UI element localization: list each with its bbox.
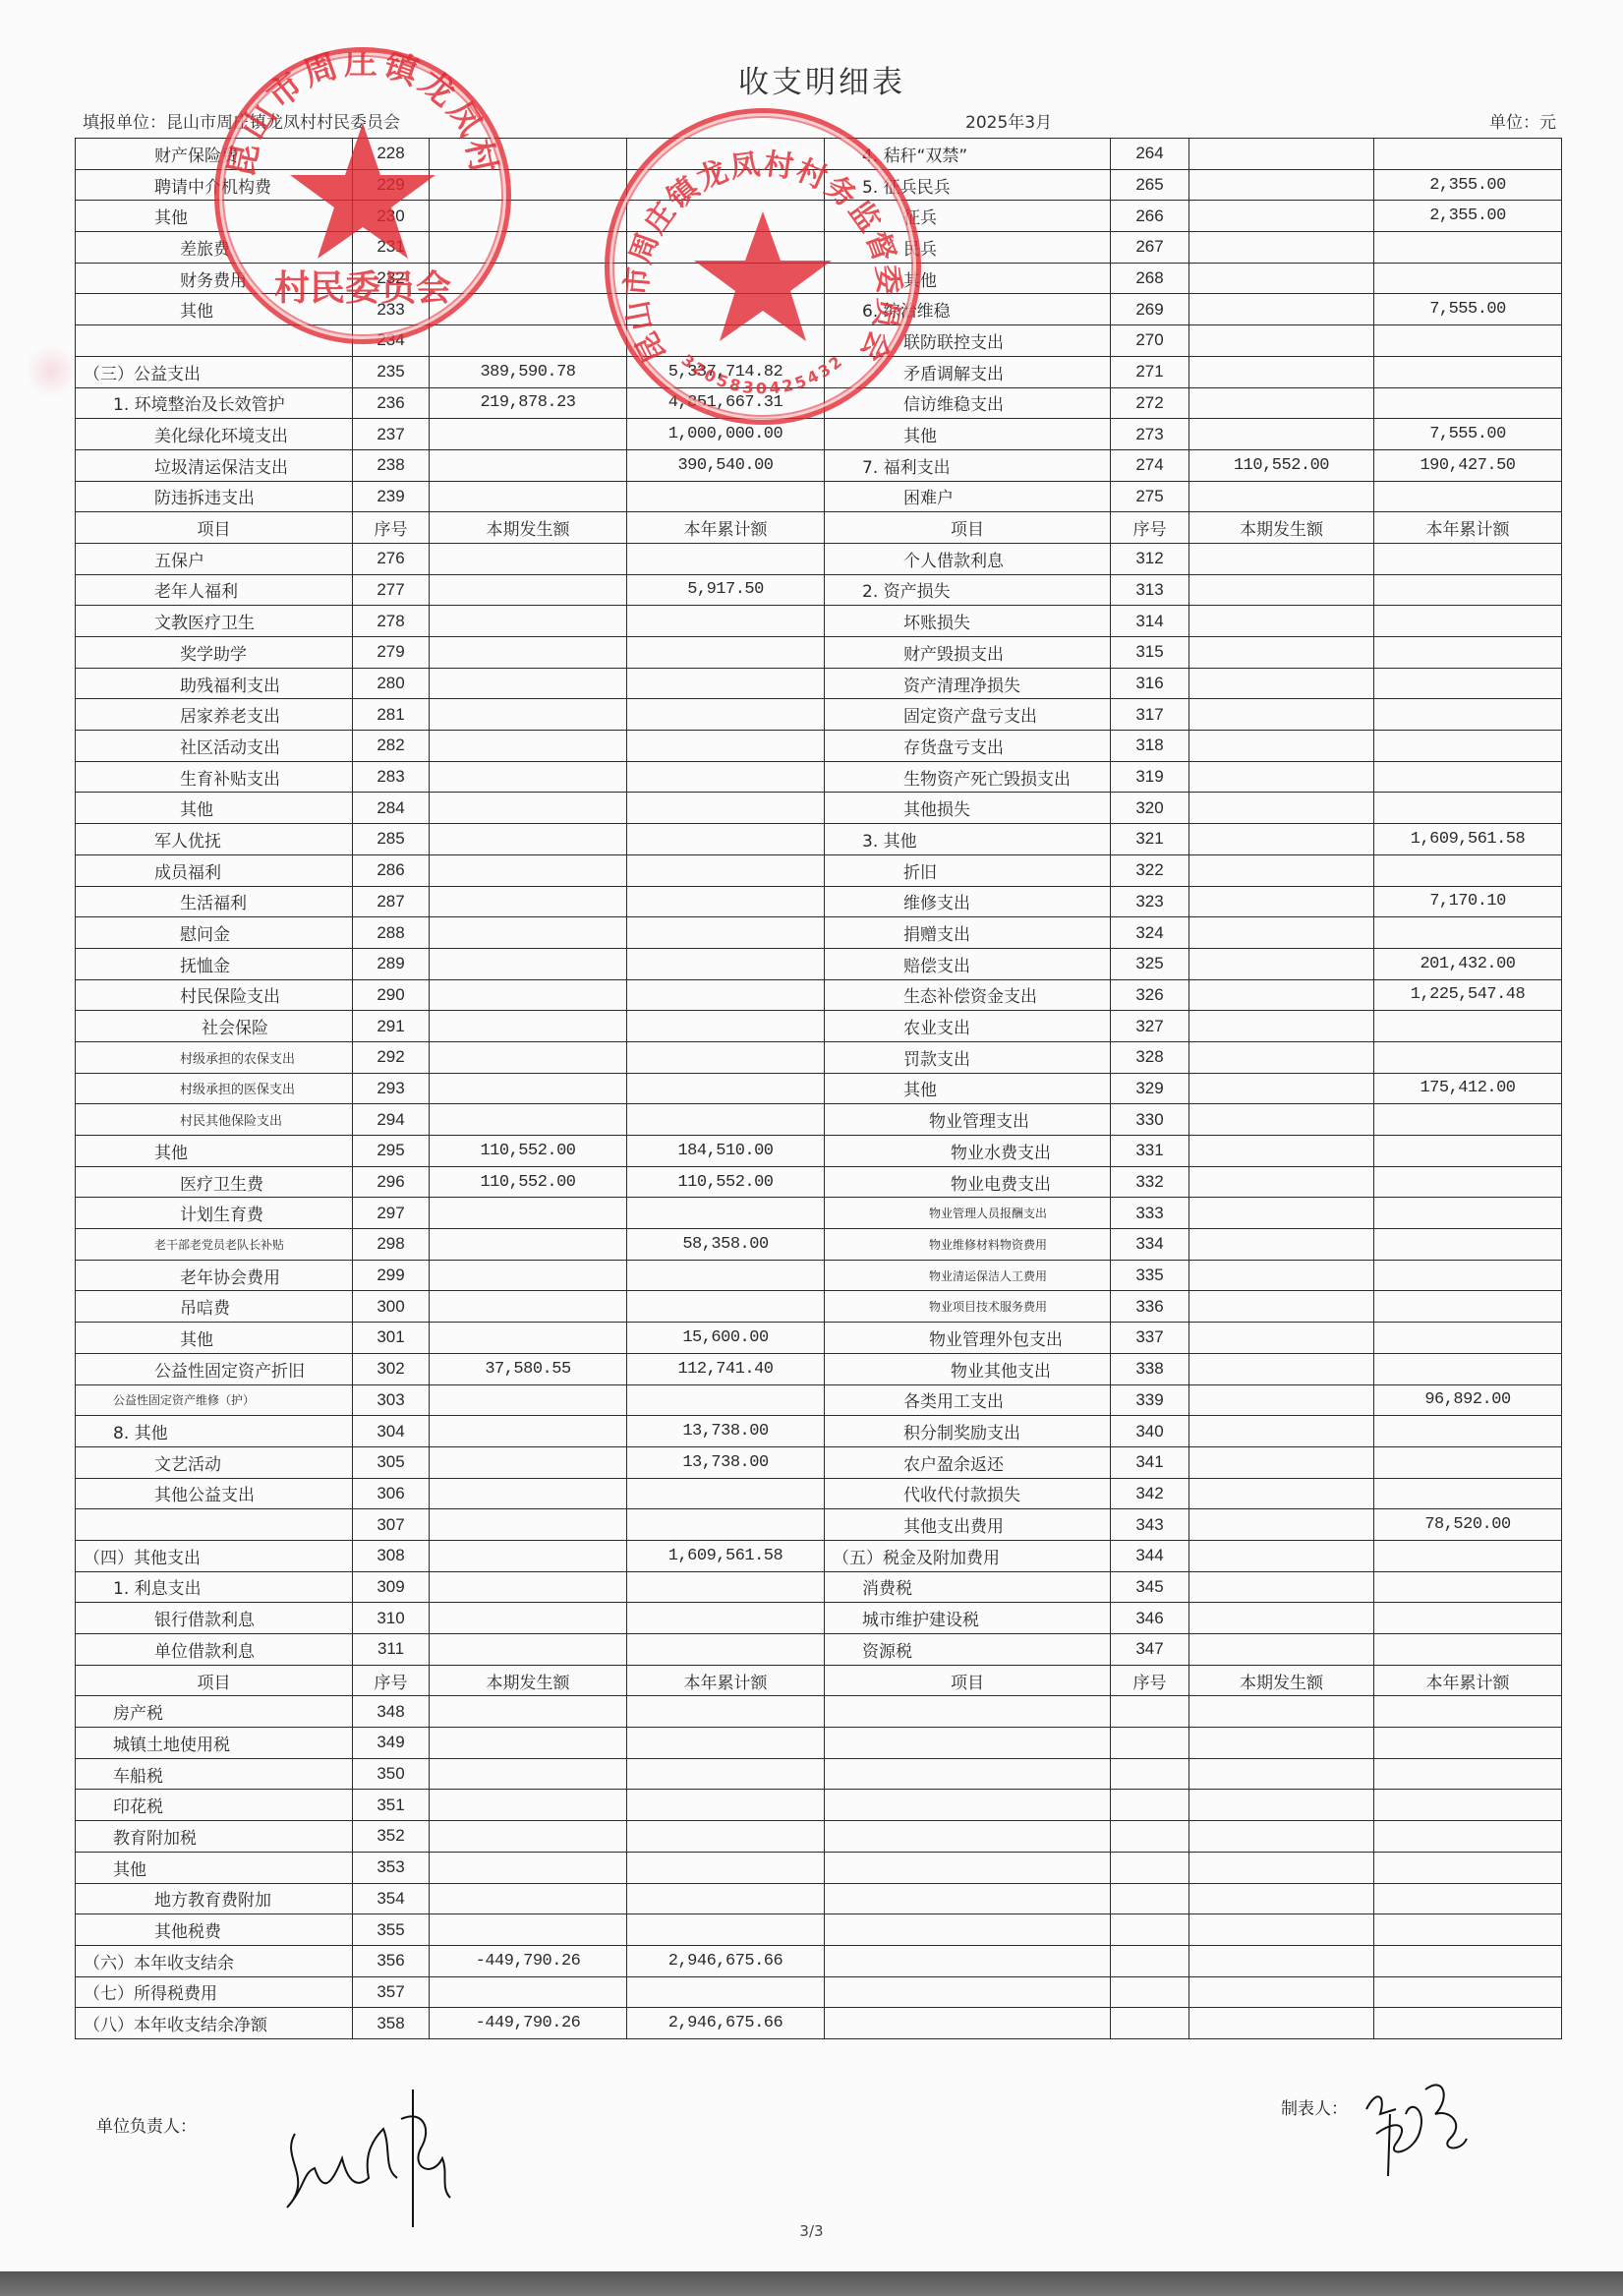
sequence-number: 278: [353, 606, 430, 637]
year-to-date-amount: [627, 1384, 825, 1416]
sequence-number: 307: [353, 1509, 430, 1541]
item-name: [825, 1728, 1111, 1759]
year-to-date-amount: [1374, 761, 1562, 793]
sequence-number: 318: [1111, 731, 1189, 762]
sequence-number: 228: [353, 139, 430, 170]
item-name: 社会保险: [76, 1011, 353, 1042]
table-row: 地方教育费附加354: [76, 1883, 1562, 1914]
sequence-number: 297: [353, 1198, 430, 1229]
year-to-date-amount: [1374, 543, 1562, 574]
item-name: 老年协会费用: [76, 1260, 353, 1291]
sequence-number: 231: [353, 232, 430, 264]
table-row: 防违拆违支出239困难户275: [76, 481, 1562, 512]
item-name: 财务费用: [76, 263, 353, 294]
table-row: 计划生育费297物业管理人员报酬支出333: [76, 1198, 1562, 1229]
column-header-year-to-date: 本年累计额: [627, 1665, 825, 1696]
year-to-date-amount: [1374, 731, 1562, 762]
sequence-number: 346: [1111, 1603, 1189, 1634]
sequence-number: 350: [353, 1758, 430, 1790]
sequence-number: 271: [1111, 356, 1189, 387]
table-row: 其他295110,552.00184,510.00物业水费支出331: [76, 1136, 1562, 1167]
page-number: 3/3: [0, 2222, 1623, 2240]
item-name: 其他: [76, 1323, 353, 1354]
table-row: 村民其他保险支出294物业管理支出330: [76, 1104, 1562, 1136]
sequence-number: 269: [1111, 294, 1189, 325]
year-to-date-amount: [627, 1291, 825, 1323]
sequence-number: 312: [1111, 543, 1189, 574]
current-period-amount: [1189, 1384, 1374, 1416]
year-to-date-amount: 7,555.00: [1374, 294, 1562, 325]
current-period-amount: [1189, 1041, 1374, 1073]
current-period-amount: [430, 854, 627, 886]
table-row: 村级承担的农保支出292罚款支出328: [76, 1041, 1562, 1073]
item-name: 坏账损失: [825, 606, 1111, 637]
item-name: 聘请中介机构费: [76, 169, 353, 201]
sequence-number: 281: [353, 699, 430, 731]
sequence-number: 283: [353, 761, 430, 793]
current-period-amount: [1189, 1509, 1374, 1541]
year-to-date-amount: [627, 824, 825, 855]
year-to-date-amount: [627, 731, 825, 762]
current-period-amount: [1189, 1540, 1374, 1571]
sequence-number: 311: [353, 1634, 430, 1666]
year-to-date-amount: 175,412.00: [1374, 1073, 1562, 1104]
current-period-amount: 219,878.23: [430, 387, 627, 419]
current-period-amount: [1189, 1291, 1374, 1323]
table-header-row: 项目序号本期发生额本年累计额项目序号本期发生额本年累计额: [76, 512, 1562, 544]
current-period-amount: [1189, 1229, 1374, 1261]
item-name: 6. 综治维稳: [825, 294, 1111, 325]
current-period-amount: [1189, 1696, 1374, 1728]
sequence-number: [1111, 1821, 1189, 1853]
item-name: [825, 1914, 1111, 1946]
year-to-date-amount: 78,520.00: [1374, 1509, 1562, 1541]
column-header-seq: 序号: [353, 1665, 430, 1696]
current-period-amount: [430, 574, 627, 606]
current-period-amount: [1189, 979, 1374, 1011]
year-to-date-amount: [1374, 1353, 1562, 1384]
sequence-number: 302: [353, 1353, 430, 1384]
year-to-date-amount: [627, 1509, 825, 1541]
table-row: 银行借款利息310城市维护建设税346: [76, 1603, 1562, 1634]
year-to-date-amount: [1374, 917, 1562, 949]
year-to-date-amount: 96,892.00: [1374, 1384, 1562, 1416]
item-name: （四）其他支出: [76, 1540, 353, 1571]
sequence-number: 235: [353, 356, 430, 387]
current-period-amount: [430, 449, 627, 481]
year-to-date-amount: [1374, 1291, 1562, 1323]
sequence-number: 339: [1111, 1384, 1189, 1416]
sequence-number: [1111, 1945, 1189, 1976]
sequence-number: 314: [1111, 606, 1189, 637]
table-row: 其他税费355: [76, 1914, 1562, 1946]
current-period-amount: -449,790.26: [430, 2008, 627, 2039]
column-header-year-to-date: 本年累计额: [627, 512, 825, 544]
current-period-amount: [1189, 169, 1374, 201]
current-period-amount: [430, 481, 627, 512]
table-row: 居家养老支出281固定资产盘亏支出317: [76, 699, 1562, 731]
current-period-amount: [1189, 1728, 1374, 1759]
current-period-amount: [430, 1229, 627, 1261]
table-row: （三）公益支出235389,590.785,337,714.82矛盾调解支出27…: [76, 356, 1562, 387]
year-to-date-amount: [1374, 1229, 1562, 1261]
year-to-date-amount: [1374, 1945, 1562, 1976]
item-name: 8. 其他: [76, 1416, 353, 1447]
sequence-number: 335: [1111, 1260, 1189, 1291]
item-name: 3. 其他: [825, 824, 1111, 855]
current-period-amount: [430, 1852, 627, 1883]
current-period-amount: [1189, 1198, 1374, 1229]
item-name: 物业电费支出: [825, 1166, 1111, 1198]
item-name: 社区活动支出: [76, 731, 353, 762]
current-period-amount: [1189, 731, 1374, 762]
year-to-date-amount: [1374, 2008, 1562, 2039]
table-row: 其他2336. 综治维稳2697,555.00: [76, 294, 1562, 325]
current-period-amount: [1189, 668, 1374, 699]
column-header-year-to-date: 本年累计额: [1374, 512, 1562, 544]
item-name: 维修支出: [825, 886, 1111, 917]
sequence-number: [1111, 2008, 1189, 2039]
year-to-date-amount: [627, 606, 825, 637]
item-name: 文艺活动: [76, 1446, 353, 1478]
year-to-date-amount: [1374, 574, 1562, 606]
sequence-number: 323: [1111, 886, 1189, 917]
year-to-date-amount: 13,738.00: [627, 1446, 825, 1478]
year-to-date-amount: [627, 1104, 825, 1136]
table-row: 医疗卫生费296110,552.00110,552.00物业电费支出332: [76, 1166, 1562, 1198]
item-name: 消费税: [825, 1571, 1111, 1603]
column-header-item: 项目: [76, 1665, 353, 1696]
sequence-number: 319: [1111, 761, 1189, 793]
sequence-number: 276: [353, 543, 430, 574]
item-name: 生育补贴支出: [76, 761, 353, 793]
item-name: 文教医疗卫生: [76, 606, 353, 637]
item-name: 村民保险支出: [76, 979, 353, 1011]
current-period-amount: [430, 169, 627, 201]
item-name: 计划生育费: [76, 1198, 353, 1229]
item-name: [825, 1883, 1111, 1914]
year-to-date-amount: [627, 1728, 825, 1759]
current-period-amount: [1189, 1883, 1374, 1914]
year-to-date-amount: [627, 201, 825, 232]
item-name: 其他损失: [825, 793, 1111, 824]
table-row: （八）本年收支结余净额358-449,790.262,946,675.66: [76, 2008, 1562, 2039]
item-name: 银行借款利息: [76, 1603, 353, 1634]
current-period-amount: [1189, 1758, 1374, 1790]
current-period-amount: [430, 1883, 627, 1914]
year-to-date-amount: [627, 1976, 825, 2008]
year-to-date-amount: 110,552.00: [627, 1166, 825, 1198]
current-period-amount: [1189, 201, 1374, 232]
column-header-current-period: 本期发生额: [1189, 1665, 1374, 1696]
sequence-number: 327: [1111, 1011, 1189, 1042]
current-period-amount: [430, 1728, 627, 1759]
year-to-date-amount: [627, 917, 825, 949]
sequence-number: 293: [353, 1073, 430, 1104]
table-row: 印花税351: [76, 1790, 1562, 1821]
sequence-number: 304: [353, 1416, 430, 1447]
current-period-amount: [1189, 1790, 1374, 1821]
table-row: 文艺活动30513,738.00农户盈余返还341: [76, 1446, 1562, 1478]
item-name: 村民其他保险支出: [76, 1104, 353, 1136]
sequence-number: 316: [1111, 668, 1189, 699]
income-expense-table: 财产保险费2284. 秸秆“双禁”264聘请中介机构费2295. 征兵民兵265…: [75, 138, 1562, 2039]
year-to-date-amount: [1374, 1041, 1562, 1073]
sequence-number: 325: [1111, 948, 1189, 979]
sequence-number: 353: [353, 1852, 430, 1883]
item-name: 捐赠支出: [825, 917, 1111, 949]
table-row: 公益性固定资产维修（护）303各类用工支出33996,892.00: [76, 1384, 1562, 1416]
sequence-number: 265: [1111, 169, 1189, 201]
year-to-date-amount: [627, 1011, 825, 1042]
table-row: 村级承担的医保支出293其他329175,412.00: [76, 1073, 1562, 1104]
sequence-number: 306: [353, 1478, 430, 1509]
item-name: [825, 1758, 1111, 1790]
current-period-amount: [430, 761, 627, 793]
current-period-amount: -449,790.26: [430, 1945, 627, 1976]
item-name: 其他: [825, 263, 1111, 294]
current-period-amount: [430, 1073, 627, 1104]
sequence-number: 349: [353, 1728, 430, 1759]
column-header-current-period: 本期发生额: [1189, 512, 1374, 544]
item-name: 村级承担的农保支出: [76, 1041, 353, 1073]
table-row: 234联防联控支出270: [76, 325, 1562, 357]
current-period-amount: [430, 606, 627, 637]
current-period-amount: [1189, 1478, 1374, 1509]
item-name: 地方教育费附加: [76, 1883, 353, 1914]
sequence-number: 321: [1111, 824, 1189, 855]
year-to-date-amount: [1374, 1166, 1562, 1198]
year-to-date-amount: [1374, 1790, 1562, 1821]
sequence-number: 332: [1111, 1166, 1189, 1198]
year-to-date-amount: [1374, 1260, 1562, 1291]
current-period-amount: 389,590.78: [430, 356, 627, 387]
year-to-date-amount: [1374, 263, 1562, 294]
current-period-amount: [1189, 543, 1374, 574]
sequence-number: 237: [353, 419, 430, 450]
table-header-row: 项目序号本期发生额本年累计额项目序号本期发生额本年累计额: [76, 1665, 1562, 1696]
item-name: 物业管理人员报酬支出: [825, 1198, 1111, 1229]
sequence-number: 287: [353, 886, 430, 917]
year-to-date-amount: [627, 761, 825, 793]
table-row: 生育补贴支出283生物资产死亡毁损支出319: [76, 761, 1562, 793]
year-to-date-amount: [627, 948, 825, 979]
current-period-amount: [1189, 1603, 1374, 1634]
currency-unit: 单位：元: [1489, 108, 1556, 133]
current-period-amount: [1189, 1260, 1374, 1291]
current-period-amount: 110,552.00: [430, 1166, 627, 1198]
year-to-date-amount: [627, 481, 825, 512]
year-to-date-amount: [1374, 232, 1562, 264]
table-row: 慰问金288捐赠支出324: [76, 917, 1562, 949]
sequence-number: 292: [353, 1041, 430, 1073]
item-name: 老干部老党员老队长补贴: [76, 1229, 353, 1261]
year-to-date-amount: [627, 325, 825, 357]
sequence-number: [1111, 1976, 1189, 2008]
current-period-amount: [1189, 1011, 1374, 1042]
table-row: （七）所得税费用357: [76, 1976, 1562, 2008]
sequence-number: 286: [353, 854, 430, 886]
table-row: 文教医疗卫生278坏账损失314: [76, 606, 1562, 637]
sequence-number: 301: [353, 1323, 430, 1354]
table-body: 财产保险费2284. 秸秆“双禁”264聘请中介机构费2295. 征兵民兵265…: [76, 139, 1562, 2039]
responsible-person-signature: [275, 2080, 501, 2227]
item-name: 罚款支出: [825, 1041, 1111, 1073]
year-to-date-amount: [627, 1041, 825, 1073]
item-name: 5. 征兵民兵: [825, 169, 1111, 201]
year-to-date-amount: 1,000,000.00: [627, 419, 825, 450]
current-period-amount: [430, 1104, 627, 1136]
year-to-date-amount: [1374, 1696, 1562, 1728]
year-to-date-amount: [1374, 1011, 1562, 1042]
year-to-date-amount: [1374, 854, 1562, 886]
year-to-date-amount: 2,946,675.66: [627, 2008, 825, 2039]
year-to-date-amount: [1374, 387, 1562, 419]
item-name: 7. 福利支出: [825, 449, 1111, 481]
current-period-amount: [430, 232, 627, 264]
current-period-amount: [1189, 1571, 1374, 1603]
table-row: 1. 利息支出309消费税345: [76, 1571, 1562, 1603]
table-row: 其他30115,600.00物业管理外包支出337: [76, 1323, 1562, 1354]
preparer-signature: [1357, 2070, 1475, 2178]
year-to-date-amount: 7,170.10: [1374, 886, 1562, 917]
current-period-amount: [1189, 886, 1374, 917]
item-name: 其他: [76, 1136, 353, 1167]
year-to-date-amount: [1374, 668, 1562, 699]
current-period-amount: [430, 637, 627, 669]
year-to-date-amount: 2,355.00: [1374, 169, 1562, 201]
sequence-number: 345: [1111, 1571, 1189, 1603]
sequence-number: 331: [1111, 1136, 1189, 1167]
table-row: 其他公益支出306代收代付款损失342: [76, 1478, 1562, 1509]
sequence-number: 355: [353, 1914, 430, 1946]
year-to-date-amount: [627, 1790, 825, 1821]
table-row: 村民保险支出290生态补偿资金支出3261,225,547.48: [76, 979, 1562, 1011]
current-period-amount: [430, 1509, 627, 1541]
year-to-date-amount: 58,358.00: [627, 1229, 825, 1261]
column-header-item: 项目: [825, 512, 1111, 544]
sequence-number: [1111, 1883, 1189, 1914]
item-name: （八）本年收支结余净额: [76, 2008, 353, 2039]
year-to-date-amount: [1374, 1976, 1562, 2008]
sequence-number: 342: [1111, 1478, 1189, 1509]
current-period-amount: [1189, 1136, 1374, 1167]
table-row: 单位借款利息311资源税347: [76, 1634, 1562, 1666]
current-period-amount: [430, 1571, 627, 1603]
table-row: 军人优抚2853. 其他3211,609,561.58: [76, 824, 1562, 855]
table-row: 助残福利支出280资产清理净损失316: [76, 668, 1562, 699]
current-period-amount: [1189, 294, 1374, 325]
year-to-date-amount: 1,609,561.58: [627, 1540, 825, 1571]
item-name: 资产清理净损失: [825, 668, 1111, 699]
item-name: 存货盘亏支出: [825, 731, 1111, 762]
year-to-date-amount: [1374, 1758, 1562, 1790]
item-name: 奖学助学: [76, 637, 353, 669]
table-row: 其他284其他损失320: [76, 793, 1562, 824]
sequence-number: 336: [1111, 1291, 1189, 1323]
item-name: 物业清运保洁人工费用: [825, 1260, 1111, 1291]
year-to-date-amount: [627, 139, 825, 170]
item-name: 老年人福利: [76, 574, 353, 606]
item-name: 车船税: [76, 1758, 353, 1790]
current-period-amount: [1189, 1166, 1374, 1198]
sequence-number: 280: [353, 668, 430, 699]
item-name: [825, 1821, 1111, 1853]
table-row: 五保户276个人借款利息312: [76, 543, 1562, 574]
table-row: 生活福利287维修支出3237,170.10: [76, 886, 1562, 917]
sequence-number: 354: [353, 1883, 430, 1914]
item-name: 教育附加税: [76, 1821, 353, 1853]
item-name: （七）所得税费用: [76, 1976, 353, 2008]
item-name: 信访维稳支出: [825, 387, 1111, 419]
current-period-amount: [430, 263, 627, 294]
sequence-number: 272: [1111, 387, 1189, 419]
item-name: 其他支出费用: [825, 1509, 1111, 1541]
current-period-amount: 37,580.55: [430, 1353, 627, 1384]
sequence-number: 329: [1111, 1073, 1189, 1104]
current-period-amount: [1189, 325, 1374, 357]
year-to-date-amount: 201,432.00: [1374, 948, 1562, 979]
current-period-amount: [430, 1416, 627, 1447]
current-period-amount: [430, 1758, 627, 1790]
current-period-amount: [1189, 1976, 1374, 2008]
year-to-date-amount: [1374, 793, 1562, 824]
current-period-amount: [1189, 761, 1374, 793]
item-name: 农业支出: [825, 1011, 1111, 1042]
current-period-amount: [430, 1696, 627, 1728]
current-period-amount: [430, 1384, 627, 1416]
current-period-amount: 110,552.00: [430, 1136, 627, 1167]
sequence-number: 334: [1111, 1229, 1189, 1261]
current-period-amount: [430, 824, 627, 855]
item-name: 军人优抚: [76, 824, 353, 855]
sequence-number: 288: [353, 917, 430, 949]
sequence-number: 264: [1111, 139, 1189, 170]
item-name: 联防联控支出: [825, 325, 1111, 357]
item-name: 征兵: [825, 201, 1111, 232]
current-period-amount: [1189, 263, 1374, 294]
sequence-number: 299: [353, 1260, 430, 1291]
year-to-date-amount: [627, 1260, 825, 1291]
year-to-date-amount: 184,510.00: [627, 1136, 825, 1167]
year-to-date-amount: [627, 1758, 825, 1790]
current-period-amount: [1189, 1353, 1374, 1384]
year-to-date-amount: [1374, 1198, 1562, 1229]
current-period-amount: [1189, 606, 1374, 637]
current-period-amount: [430, 1603, 627, 1634]
current-period-amount: [1189, 419, 1374, 450]
current-period-amount: [430, 1914, 627, 1946]
table-row: 差旅费231民兵267: [76, 232, 1562, 264]
item-name: 2. 资产损失: [825, 574, 1111, 606]
responsible-person-label: 单位负责人：: [96, 2112, 197, 2137]
table-row: 8. 其他30413,738.00积分制奖励支出340: [76, 1416, 1562, 1447]
current-period-amount: [430, 1540, 627, 1571]
sequence-number: 322: [1111, 854, 1189, 886]
sequence-number: 333: [1111, 1198, 1189, 1229]
item-name: 城市维护建设税: [825, 1603, 1111, 1634]
year-to-date-amount: [627, 699, 825, 731]
current-period-amount: [1189, 948, 1374, 979]
item-name: 印花税: [76, 1790, 353, 1821]
item-name: 城镇土地使用税: [76, 1728, 353, 1759]
sequence-number: 275: [1111, 481, 1189, 512]
year-to-date-amount: [627, 1603, 825, 1634]
table-row: 聘请中介机构费2295. 征兵民兵2652,355.00: [76, 169, 1562, 201]
sequence-number: 305: [353, 1446, 430, 1478]
column-header-current-period: 本期发生额: [430, 512, 627, 544]
item-name: 防违拆违支出: [76, 481, 353, 512]
